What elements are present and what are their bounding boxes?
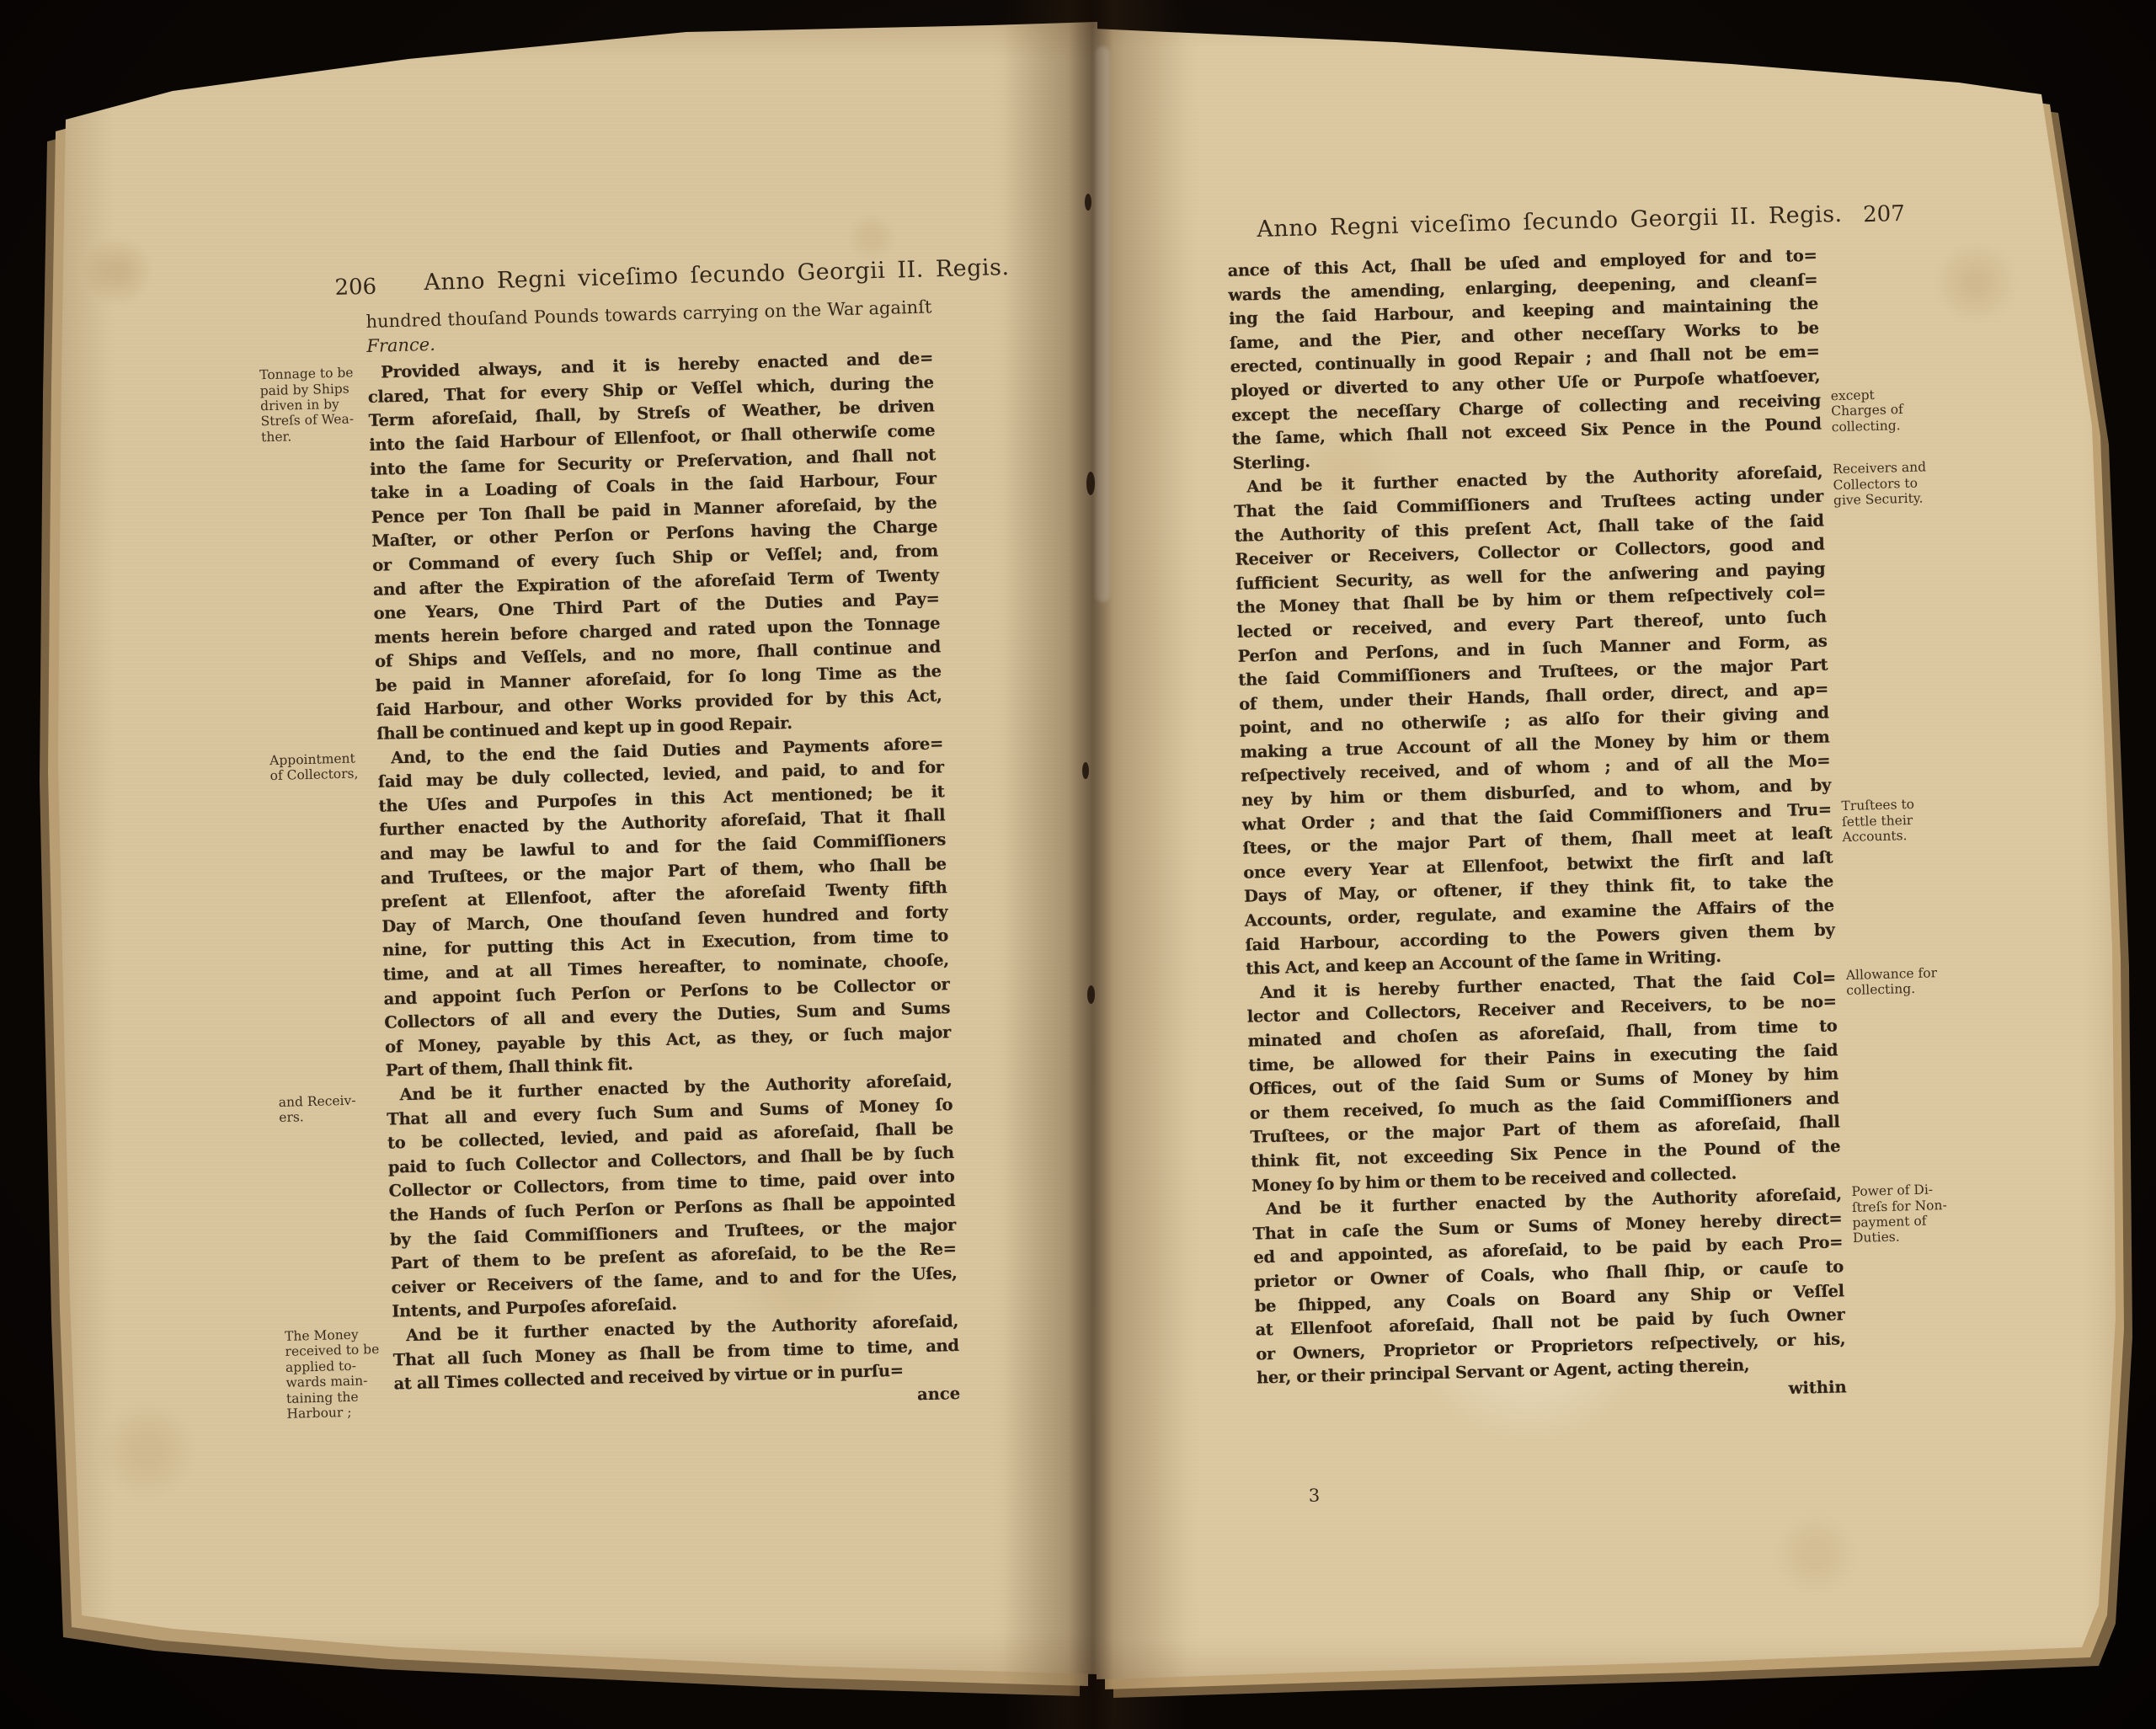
margin-note: Tonnage to bepaid by Shipsdriven in bySt… [259, 365, 362, 445]
left-body-text: Tonnage to bepaid by Shipsdriven in bySt… [367, 347, 961, 1421]
text-line: collecting. [1846, 980, 1957, 999]
paragraph-lines: And be it further enacted by the Authori… [386, 1069, 958, 1324]
text-line: ers. [279, 1107, 380, 1126]
binding-crease-mark [1086, 472, 1095, 495]
margin-note: exceptCharges ofcollecting. [1831, 386, 1943, 435]
text-line: received to be [285, 1342, 386, 1360]
paragraph-lines: And be it further enacted by the Authori… [1252, 1182, 1847, 1390]
paragraph: and Receiv-ers. And be it further enacte… [386, 1069, 958, 1324]
left-page: 206 Anno Regni viceſimo ſecundo Georgii … [46, 19, 1099, 1682]
paragraph: Receivers andCollectors togive Security.… [1233, 461, 1835, 982]
binding-crease-mark [1082, 762, 1089, 779]
text-line: Streſs of Wea- [260, 412, 361, 430]
paragraph-lines: ance of this Act, ſhall be uſed and empl… [1227, 244, 1822, 477]
text-line: of Collectors, [269, 766, 371, 784]
binding-crease-mark [1087, 985, 1095, 1004]
margin-note: Power of Di-ſtreſs for Non-payment ofDut… [1851, 1182, 1964, 1246]
right-folio-number: 207 [1863, 201, 1905, 227]
margin-note: Truſtees toſettle theirAccounts. [1841, 796, 1953, 846]
paragraph-lines: And it is hereby further enacted, That t… [1246, 966, 1841, 1198]
margin-note: Appointmentof Collectors, [269, 750, 371, 784]
margin-note: Receivers andCollectors togive Security. [1833, 459, 1945, 509]
paragraph-lines: Provided always, and it is hereby enacte… [367, 347, 943, 747]
text-line: give Security. [1833, 490, 1945, 509]
paragraph: The Moneyreceived to beapplied to-wards … [392, 1310, 960, 1396]
text-line: Duties. [1853, 1228, 1964, 1246]
paragraph: Appointmentof Collectors, And, to the en… [377, 732, 952, 1084]
right-body-text: exceptCharges ofcollecting. ance of this… [1227, 244, 1847, 1415]
paragraph: exceptCharges ofcollecting. ance of this… [1227, 244, 1822, 477]
paragraph: Tonnage to bepaid by Shipsdriven in bySt… [367, 347, 943, 747]
right-page: Anno Regni viceſimo ſecundo Georgii II. … [1091, 5, 2153, 1689]
text-line: ſtreſs for Non- [1852, 1197, 1963, 1215]
paragraph: Power of Di-ſtreſs for Non-payment ofDut… [1252, 1182, 1847, 1390]
binding-crease-mark [1085, 194, 1091, 211]
margin-note: Allowance forcollecting. [1846, 964, 1958, 998]
text-line: Accounts. [1842, 827, 1953, 846]
paragraph-lines: And be it further enacted by the Authori… [1233, 461, 1835, 982]
paragraph: Allowance forcollecting. And it is hereb… [1246, 966, 1841, 1198]
left-page-content: 206 Anno Regni viceſimo ſecundo Georgii … [365, 256, 961, 1420]
book-photograph: 206 Anno Regni viceſimo ſecundo Georgii … [0, 0, 2156, 1729]
signature-mark: 3 [1308, 1486, 1320, 1506]
paragraph-lines: And, to the end the ſaid Duties and Paym… [377, 732, 952, 1084]
text-line: ther. [261, 427, 362, 446]
text-line: Harbour ; [286, 1404, 387, 1422]
text-line: paid by Ships [259, 381, 360, 399]
margin-note: and Receiv-ers. [279, 1092, 381, 1126]
gutter-fold-highlight [1096, 46, 1109, 602]
paragraph-lines: And be it further enacted by the Authori… [392, 1310, 960, 1396]
text-line: collecting. [1832, 417, 1943, 435]
right-page-content: Anno Regni viceſimo ſecundo Georgii II. … [1226, 202, 1847, 1415]
margin-note: The Moneyreceived to beapplied to-wards … [285, 1326, 388, 1422]
left-folio-number: 206 [334, 275, 376, 301]
